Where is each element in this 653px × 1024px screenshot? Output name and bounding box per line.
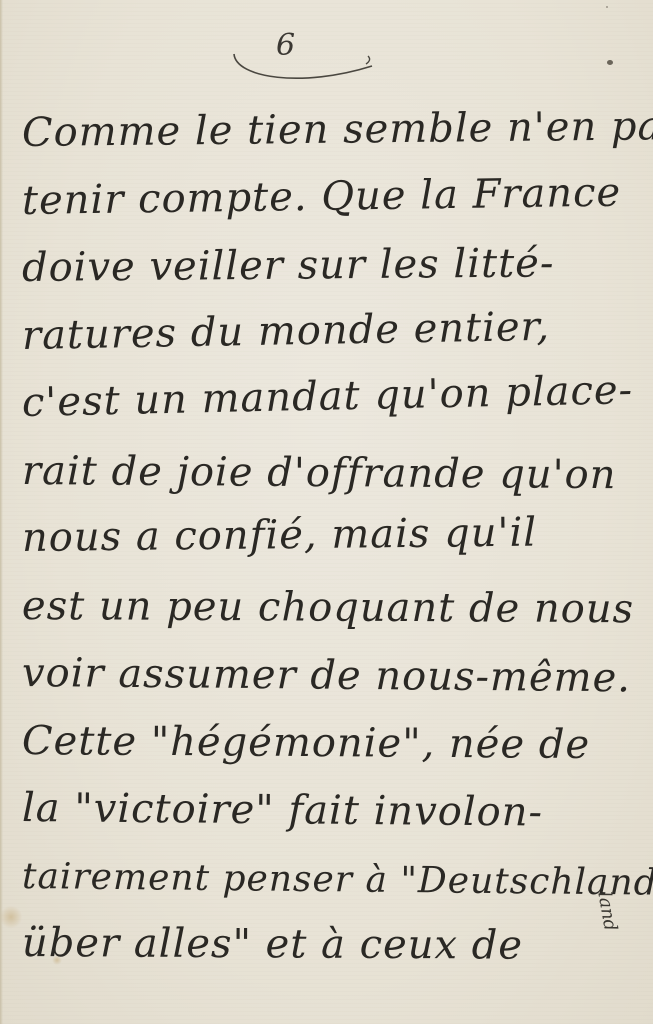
paper-stain [0, 905, 22, 929]
text-line: est un peu choquant de nous [22, 573, 642, 644]
text-line: la "victoire" fait involon- [22, 775, 643, 848]
ink-speck [607, 60, 613, 65]
manuscript-page: 6 Comme le tien semble n'en pas tenir co… [0, 0, 653, 1024]
text-line: tenir compte. Que la France [22, 159, 643, 235]
page-number: 6 [232, 28, 382, 88]
text-line: über alles" et à ceux de [22, 910, 642, 981]
letter-body: Comme le tien semble n'en pas tenir comp… [22, 100, 642, 978]
text-line: Cette "hégémonie", née de [22, 708, 642, 780]
text-line: voir assumer de nous-même. [22, 640, 643, 713]
ink-speck [606, 6, 608, 8]
text-line: Comme le tien semble n'en pas [22, 94, 643, 168]
text-line: nous a confié, mais qu'il [22, 499, 643, 573]
text-line: doive veiller sur les litté- [22, 230, 643, 303]
text-line: c'est un mandat qu'on place- [21, 357, 642, 437]
page-number-underline-icon [232, 28, 382, 88]
text-line: tairement penser à "Deutschland [22, 843, 643, 917]
